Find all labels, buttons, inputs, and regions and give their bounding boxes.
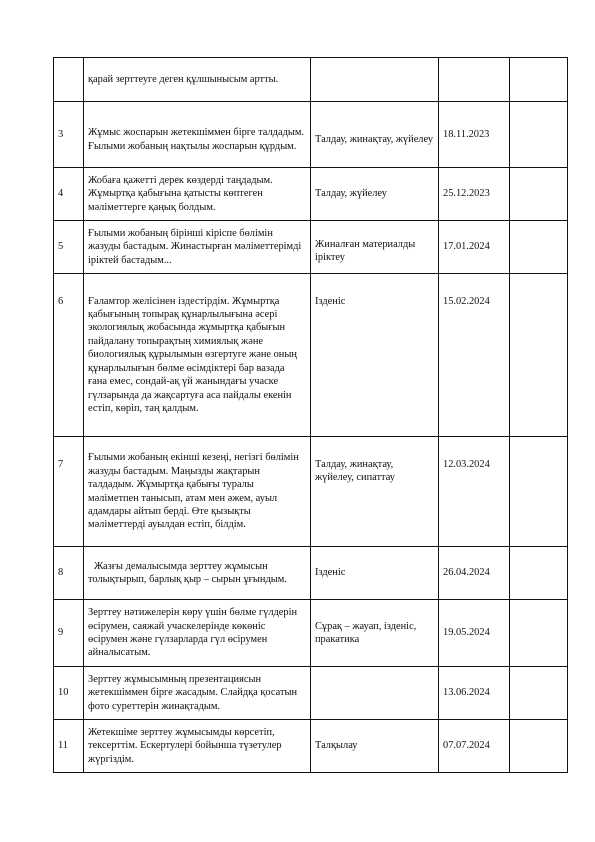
table-row: қарай зерттеуге деген құлшынысым артты. bbox=[54, 58, 568, 102]
method-cell: Талдау, жинақтау, жүйелеу bbox=[311, 102, 439, 168]
activity-cell: Ғылыми жобаның бірінші кіріспе бөлімін ж… bbox=[84, 221, 311, 274]
method-cell: Ізденіс bbox=[311, 274, 439, 437]
activity-cell: Жұмыс жоспарын жетекшіммен бірге талдады… bbox=[84, 102, 311, 168]
method-cell: Сұрақ – жауап, ізденіс, пракатика bbox=[311, 600, 439, 667]
date-cell: 15.02.2024 bbox=[439, 274, 510, 437]
method-cell: Талдау, жинақтау, жүйелеу, сипаттау bbox=[311, 437, 439, 547]
table-row: 9 Зерттеу нәтижелерін көру үшін бөлме гү… bbox=[54, 600, 568, 667]
date-cell: 13.06.2024 bbox=[439, 667, 510, 720]
table-row: 5 Ғылыми жобаның бірінші кіріспе бөлімін… bbox=[54, 221, 568, 274]
table-row: 4 Жобаға қажетті дерек көздерді таңдадым… bbox=[54, 168, 568, 221]
date-cell: 19.05.2024 bbox=[439, 600, 510, 667]
activity-cell: Зерттеу нәтижелерін көру үшін бөлме гүлд… bbox=[84, 600, 311, 667]
table-row: 8 Жазғы демалысымда зерттеу жұмысын толы… bbox=[54, 547, 568, 600]
activity-cell: Жобаға қажетті дерек көздерді таңдадым. … bbox=[84, 168, 311, 221]
row-number: 10 bbox=[54, 667, 84, 720]
date-cell: 07.07.2024 bbox=[439, 720, 510, 773]
document-page: қарай зерттеуге деген құлшынысым артты. … bbox=[0, 0, 595, 842]
note-cell bbox=[510, 58, 568, 102]
date-cell: 18.11.2023 bbox=[439, 102, 510, 168]
note-cell bbox=[510, 102, 568, 168]
method-cell: Жиналған материалды іріктеу bbox=[311, 221, 439, 274]
note-cell bbox=[510, 168, 568, 221]
row-number: 4 bbox=[54, 168, 84, 221]
table-row: 6 Ғаламтор желісінен іздестірдім. Жұмырт… bbox=[54, 274, 568, 437]
date-cell: 17.01.2024 bbox=[439, 221, 510, 274]
method-cell: Талдау, жүйелеу bbox=[311, 168, 439, 221]
method-cell bbox=[311, 667, 439, 720]
row-number: 6 bbox=[54, 274, 84, 437]
date-cell bbox=[439, 58, 510, 102]
note-cell bbox=[510, 667, 568, 720]
note-cell bbox=[510, 221, 568, 274]
row-number: 9 bbox=[54, 600, 84, 667]
table-row: 11 Жетекшіме зерттеу жұмысымды көрсетіп,… bbox=[54, 720, 568, 773]
activity-cell: Жетекшіме зерттеу жұмысымды көрсетіп, те… bbox=[84, 720, 311, 773]
row-number: 11 bbox=[54, 720, 84, 773]
activity-cell: Жазғы демалысымда зерттеу жұмысын толықт… bbox=[84, 547, 311, 600]
date-cell: 26.04.2024 bbox=[439, 547, 510, 600]
table-row: 7 Ғылыми жобаның екінші кезеңі, негізгі … bbox=[54, 437, 568, 547]
date-cell: 12.03.2024 bbox=[439, 437, 510, 547]
activity-cell: Ғылыми жобаның екінші кезеңі, негізгі бө… bbox=[84, 437, 311, 547]
note-cell bbox=[510, 720, 568, 773]
research-schedule-table: қарай зерттеуге деген құлшынысым артты. … bbox=[53, 57, 568, 773]
method-cell: Талқылау bbox=[311, 720, 439, 773]
row-number: 7 bbox=[54, 437, 84, 547]
activity-cell: қарай зерттеуге деген құлшынысым артты. bbox=[84, 58, 311, 102]
activity-cell: Ғаламтор желісінен іздестірдім. Жұмыртқа… bbox=[84, 274, 311, 437]
table-row: 10 Зерттеу жұмысымның презентациясын жет… bbox=[54, 667, 568, 720]
note-cell bbox=[510, 437, 568, 547]
activity-cell: Зерттеу жұмысымның презентациясын жетекш… bbox=[84, 667, 311, 720]
row-number: 5 bbox=[54, 221, 84, 274]
row-number: 3 bbox=[54, 102, 84, 168]
note-cell bbox=[510, 600, 568, 667]
table-row: 3 Жұмыс жоспарын жетекшіммен бірге талда… bbox=[54, 102, 568, 168]
method-cell: Ізденіс bbox=[311, 547, 439, 600]
row-number: 8 bbox=[54, 547, 84, 600]
row-number bbox=[54, 58, 84, 102]
date-cell: 25.12.2023 bbox=[439, 168, 510, 221]
method-cell bbox=[311, 58, 439, 102]
note-cell bbox=[510, 274, 568, 437]
note-cell bbox=[510, 547, 568, 600]
